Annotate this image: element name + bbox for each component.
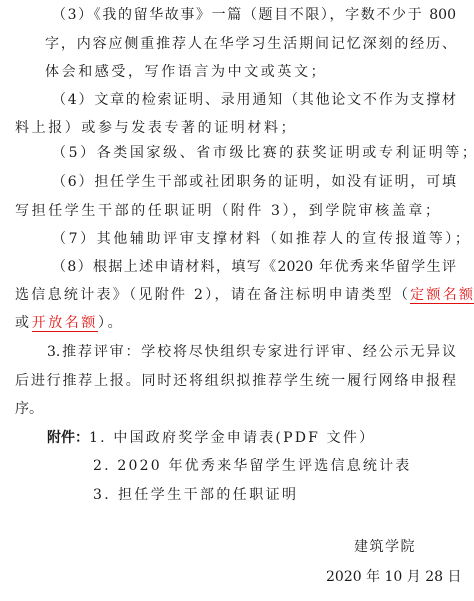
attachments-row-1: 附件：1. 中国政府奖学金申请表(PDF 文件） xyxy=(47,428,375,448)
section-3-line-3: 序。 xyxy=(15,399,43,419)
item-8-line-1: （8）根据上述申请材料，填写《2020 年优秀来华留学生评 xyxy=(52,257,456,277)
attachments-label: 附件： xyxy=(47,430,89,446)
item-3-line-2: 字，内容应侧重推荐人在华学习生活期间记忆深刻的经历、 xyxy=(45,34,456,54)
section-3-line-1: 3.推荐评审：学校将尽快组织专家进行评审、经公示无异议 xyxy=(47,342,456,362)
attachment-item-2: 2. 2020 年优秀来华留学生评选信息统计表 xyxy=(93,456,412,476)
item-8-line-3: 或开放名额）。 xyxy=(15,313,124,333)
item-6-line-2: 写担任学生干部的任职证明（附件 3），到学院审核盖章； xyxy=(15,201,442,221)
section-3-line-2: 后进行推荐上报。同时还将组织拟推荐学生统一履行网络申报程 xyxy=(15,371,456,391)
signature-date: 2020 年 10 月 28 日 xyxy=(326,567,462,587)
item-7-line-1: （7）其他辅助评审支撑材料（如推荐人的宣传报道等）； xyxy=(52,229,472,249)
item-6-line-1: （6）担任学生干部或社团职务的证明，如没有证明，可填 xyxy=(52,172,456,192)
item-3-line-1: （3）《我的留华故事》一篇（题目不限），字数不少于 800 xyxy=(52,5,456,25)
item-8-line-2: 选信息统计表》（见附件 2），请在备注标明申请类型（定额名额 xyxy=(15,285,456,305)
item-4-line-1: （4）文章的检索证明、录用通知（其他论文不作为支撑材 xyxy=(52,90,456,110)
item-8-line-2-text: 选信息统计表》（见附件 2），请在备注标明申请类型（ xyxy=(15,287,410,303)
item-8-line-3-suffix: ）。 xyxy=(98,315,124,331)
quota-type-fixed-highlight: 定额名额 xyxy=(410,287,474,304)
item-5-line-1: （5）各类国家级、省市级比赛的获奖证明或专利证明等； xyxy=(52,143,474,163)
item-8-line-3-prefix: 或 xyxy=(15,315,32,331)
quota-type-open-highlight: 开放名额 xyxy=(32,315,98,332)
item-3-line-3: 体会和感受，写作语言为中文或英文； xyxy=(45,62,327,82)
item-4-line-2: 料上报）或参与发表专著的证明材料； xyxy=(15,118,297,138)
attachment-item-3: 3. 担任学生干部的任职证明 xyxy=(93,485,298,505)
attachment-item-1: 1. 中国政府奖学金申请表(PDF 文件） xyxy=(89,430,375,446)
signature-department: 建筑学院 xyxy=(354,537,416,557)
